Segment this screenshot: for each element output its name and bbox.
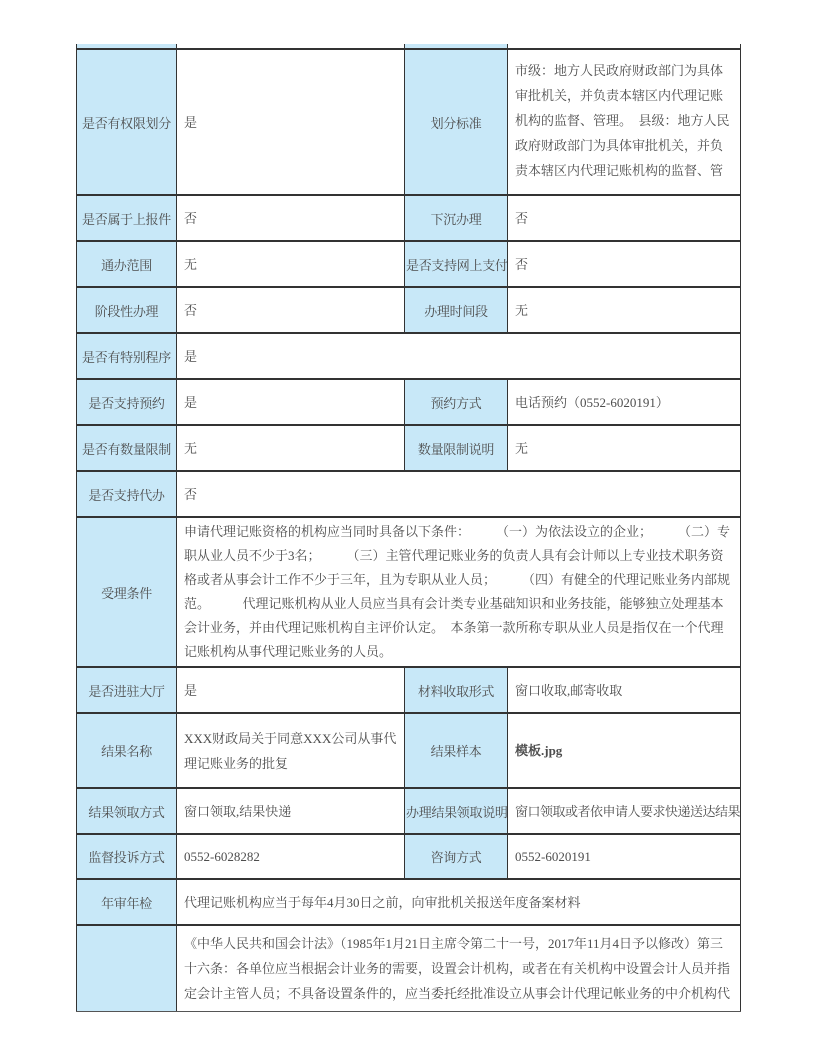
- label-in-hall: 是否进驻大厅: [77, 667, 177, 713]
- acceptance-conditions-text: 申请代理记账资格的机构应当同时具备以下条件： （一）为依法设立的企业； （二）专…: [184, 520, 734, 664]
- value-annual-review: 代理记账机构应当于每年4月30日之前，向审批机关报送年度备案材料: [177, 879, 741, 925]
- table-row: 受理条件 申请代理记账资格的机构应当同时具备以下条件： （一）为依法设立的企业；…: [77, 517, 741, 667]
- table-row: 监督投诉方式 0552-6028282 咨询方式 0552-6020191: [77, 834, 741, 879]
- value-legal-basis: 《中华人民共和国会计法》（1985年1月21日主席令第二十一号，2017年11月…: [177, 925, 741, 1012]
- value-phased-handling: 否: [177, 287, 405, 333]
- label-consultation-method: 咨询方式: [405, 834, 508, 879]
- value-acceptance-conditions: 申请代理记账资格的机构应当同时具备以下条件： （一）为依法设立的企业； （二）专…: [177, 517, 741, 667]
- table-row: 通办范围 无 是否支持网上支付 否: [77, 241, 741, 287]
- table-row-cutoff-bottom: 《中华人民共和国会计法》（1985年1月21日主席令第二十一号，2017年11月…: [77, 925, 741, 1012]
- value-result-collection-method: 窗口领取,结果快递: [177, 788, 405, 834]
- table-row: 年审年检 代理记账机构应当于每年4月30日之前，向审批机关报送年度备案材料: [77, 879, 741, 925]
- value-special-procedure: 是: [177, 333, 741, 379]
- label-special-procedure: 是否有特别程序: [77, 333, 177, 379]
- label-agent-handling: 是否支持代办: [77, 471, 177, 517]
- label-sink-handling: 下沉办理: [405, 195, 508, 241]
- label-quantity-limit: 是否有数量限制: [77, 425, 177, 471]
- label-material-collection: 材料收取形式: [405, 667, 508, 713]
- table-row: 是否有特别程序 是: [77, 333, 741, 379]
- value-result-collection-note: 窗口领取或者依申请人要求快递送达结果: [508, 788, 741, 834]
- label-annual-review: 年审年检: [77, 879, 177, 925]
- table-row: 是否属于上报件 否 下沉办理 否: [77, 195, 741, 241]
- label-result-collection-note: 办理结果领取说明: [405, 788, 508, 834]
- table-row: 结果名称 XXX财政局关于同意XXX公司从事代理记账业务的批复 结果样本 模板.…: [77, 713, 741, 788]
- table-row: 结果领取方式 窗口领取,结果快递 办理结果领取说明 窗口领取或者依申请人要求快递…: [77, 788, 741, 834]
- label-handling-time-period: 办理时间段: [405, 287, 508, 333]
- label-universal-scope: 通办范围: [77, 241, 177, 287]
- table-row: 阶段性办理 否 办理时间段 无: [77, 287, 741, 333]
- label-appointment-method: 预约方式: [405, 379, 508, 425]
- table-row: 是否进驻大厅 是 材料收取形式 窗口收取,邮寄收取: [77, 667, 741, 713]
- value-material-collection: 窗口收取,邮寄收取: [508, 667, 741, 713]
- label-result-collection-method: 结果领取方式: [77, 788, 177, 834]
- document-page: { "colors": { "label_background": "#c8e8…: [0, 0, 816, 1056]
- result-name-text: XXX财政局关于同意XXX公司从事代理记账业务的批复: [184, 726, 398, 776]
- value-consultation-method: 0552-6020191: [508, 834, 741, 879]
- label-phased-handling: 阶段性办理: [77, 287, 177, 333]
- label-legal-basis: [77, 925, 177, 1012]
- label-result-sample: 结果样本: [405, 713, 508, 788]
- value-permission-division: 是: [177, 49, 405, 195]
- value-quantity-limit: 无: [177, 425, 405, 471]
- value-universal-scope: 无: [177, 241, 405, 287]
- value-in-hall: 是: [177, 667, 405, 713]
- label-report-item: 是否属于上报件: [77, 195, 177, 241]
- label-quantity-limit-note: 数量限制说明: [405, 425, 508, 471]
- value-division-standard: 市级：地方人民政府财政部门为具体审批机关，并负责本辖区内代理记账机构的监督、管理…: [508, 49, 741, 195]
- value-report-item: 否: [177, 195, 405, 241]
- value-quantity-limit-note: 无: [508, 425, 741, 471]
- value-sink-handling: 否: [508, 195, 741, 241]
- legal-basis-text: 《中华人民共和国会计法》（1985年1月21日主席令第二十一号，2017年11月…: [184, 931, 734, 1009]
- value-result-sample: 模板.jpg: [508, 713, 741, 788]
- label-online-payment: 是否支持网上支付: [405, 241, 508, 287]
- value-appointment-method: 电话预约（0552-6020191）: [508, 379, 741, 425]
- value-appointment-support: 是: [177, 379, 405, 425]
- label-permission-division: 是否有权限划分: [77, 49, 177, 195]
- value-complaint-method: 0552-6028282: [177, 834, 405, 879]
- value-online-payment: 否: [508, 241, 741, 287]
- table-row: 是否有数量限制 无 数量限制说明 无: [77, 425, 741, 471]
- label-result-name: 结果名称: [77, 713, 177, 788]
- table-row: 是否有权限划分 是 划分标准 市级：地方人民政府财政部门为具体审批机关，并负责本…: [77, 49, 741, 195]
- value-handling-time-period: 无: [508, 287, 741, 333]
- table-row: 是否支持代办 否: [77, 471, 741, 517]
- label-appointment-support: 是否支持预约: [77, 379, 177, 425]
- service-info-table: 是否有权限划分 是 划分标准 市级：地方人民政府财政部门为具体审批机关，并负责本…: [76, 44, 741, 1012]
- label-acceptance-conditions: 受理条件: [77, 517, 177, 667]
- label-complaint-method: 监督投诉方式: [77, 834, 177, 879]
- division-standard-text: 市级：地方人民政府财政部门为具体审批机关，并负责本辖区内代理记账机构的监督、管理…: [515, 58, 734, 186]
- value-agent-handling: 否: [177, 471, 741, 517]
- value-result-name: XXX财政局关于同意XXX公司从事代理记账业务的批复: [177, 713, 405, 788]
- label-division-standard: 划分标准: [405, 49, 508, 195]
- table-row: 是否支持预约 是 预约方式 电话预约（0552-6020191）: [77, 379, 741, 425]
